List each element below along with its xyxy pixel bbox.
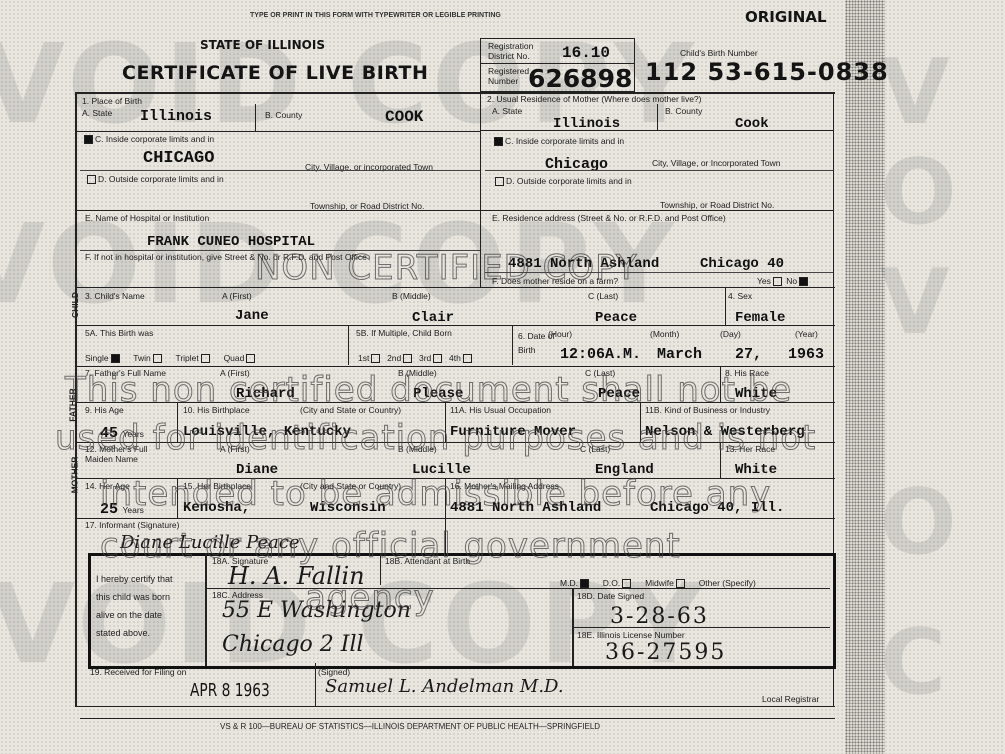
child-middle-value: Clair [412, 310, 454, 326]
birth-type-options: Single Twin Triplet Quad [85, 353, 257, 363]
received-label: 19. Received for Filing on [90, 667, 186, 677]
attendant-options: M.D. D.O. Midwife Other (Specify) [560, 578, 756, 588]
farm-no-checkbox[interactable] [799, 277, 808, 286]
disclaimer-line-1: This non certified document shall not be [65, 370, 792, 410]
child-name-label: 3. Child's Name [85, 291, 145, 301]
side-label-mother: MOTHER [69, 457, 79, 494]
license-label: 18E. Illinois License Number [577, 630, 685, 640]
child-sex-label: 4. Sex [728, 291, 752, 301]
mr-address-city: Chicago 40 [700, 256, 784, 272]
pob-state-value: Illinois [140, 108, 212, 125]
outside-limits-checkbox[interactable] [87, 175, 96, 184]
disclaimer-line-4: court or any official government [100, 526, 681, 566]
child-last-label: C (Last) [588, 291, 618, 301]
farm-yes-checkbox[interactable] [773, 277, 782, 286]
quad-checkbox[interactable] [246, 354, 255, 363]
registrar-signature: Samuel L. Andelman M.D. [325, 676, 564, 697]
hospital-label: E. Name of Hospital or Institution [85, 213, 209, 223]
mr-address-label: E. Residence address (Street & No. or R.… [492, 213, 726, 223]
md-checkbox[interactable] [580, 579, 589, 588]
physician-address-line2: Chicago 2 Ill [222, 632, 364, 657]
day-value: 27, [735, 346, 762, 363]
mr-farm-options: Yes No [757, 276, 810, 286]
day-label: (Day) [720, 329, 741, 339]
registration-district-value: 16.10 [562, 44, 610, 62]
twin-checkbox[interactable] [153, 354, 162, 363]
triplet-checkbox[interactable] [201, 354, 210, 363]
single-checkbox[interactable] [111, 354, 120, 363]
mr-inside-limits: C. Inside corporate limits and in [492, 136, 624, 146]
midwife-checkbox[interactable] [676, 579, 685, 588]
mr-state-label: A. State [492, 106, 522, 116]
received-date: APR 8 1963 [190, 680, 270, 701]
place-of-birth-label: 1. Place of Birth [82, 96, 142, 106]
birth-number-label: Child's Birth Number [680, 48, 758, 58]
side-label-child: CHILD [70, 292, 80, 318]
mr-inside-limits-checkbox[interactable] [494, 137, 503, 146]
child-last-value: Peace [595, 310, 637, 326]
date-signed-label: 18D. Date Signed [577, 591, 644, 601]
license-value: 36-27595 [605, 640, 726, 665]
registered-number-value: 626898 [528, 64, 632, 93]
birth-order-options: 1st 2nd 3rd 4th [358, 353, 474, 363]
month-label: (Month) [650, 329, 679, 339]
disclaimer-line-5: agency [305, 578, 435, 618]
order-2nd-checkbox[interactable] [403, 354, 412, 363]
disclaimer-line-3: intended to be admissible before any [100, 474, 771, 514]
birth-was-label: 5A. This Birth was [85, 328, 153, 338]
mr-outside-limits: D. Outside corporate limits and in [493, 176, 632, 186]
pob-county-value: COOK [385, 108, 423, 126]
mr-outside-limits-checkbox[interactable] [495, 177, 504, 186]
mr-county-label: B. County [665, 106, 702, 116]
original-stamp: ORIGINAL [745, 8, 827, 26]
state-heading: STATE OF ILLINOIS [200, 38, 325, 52]
certification-statement: I hereby certify that this child was bor… [96, 570, 173, 642]
pob-county-label: B. County [265, 110, 302, 120]
top-notice: TYPE OR PRINT IN THIS FORM WITH TYPEWRIT… [250, 12, 501, 19]
mother-residence-label: 2. Usual Residence of Mother (Where does… [487, 94, 701, 104]
hour-label: (Hour) [548, 329, 572, 339]
form-footer: VS & R 100—BUREAU OF STATISTICS—ILLINOIS… [220, 722, 600, 731]
order-1st-checkbox[interactable] [371, 354, 380, 363]
pob-city-value: CHICAGO [143, 149, 214, 168]
child-middle-label: B (Middle) [392, 291, 431, 301]
year-label: (Year) [795, 329, 818, 339]
registration-district-label: Registration District No. [488, 41, 548, 61]
pob-outside-limits: D. Outside corporate limits and in [85, 174, 224, 184]
year-value: 1963 [788, 346, 824, 363]
birth-number-value: 112 53-615-0838 [645, 58, 889, 86]
month-value: March [657, 346, 702, 363]
document-title: CERTIFICATE OF LIVE BIRTH [122, 62, 428, 84]
registrar-title: Local Registrar [762, 694, 819, 704]
do-checkbox[interactable] [622, 579, 631, 588]
mr-city-caption: City, Village, or Incorporated Town [652, 158, 781, 168]
pob-inside-limits: C. Inside corporate limits and in [82, 134, 214, 144]
order-3rd-checkbox[interactable] [433, 354, 442, 363]
non-certified-stamp: NON CERTIFIED COPY [255, 248, 638, 288]
child-sex-value: Female [735, 310, 785, 326]
pob-state-label: A. State [82, 108, 112, 118]
multiple-label: 5B. If Multiple, Child Born [356, 328, 452, 338]
date-signed-value: 3-28-63 [610, 604, 709, 629]
order-4th-checkbox[interactable] [463, 354, 472, 363]
inside-limits-checkbox[interactable] [84, 135, 93, 144]
hour-value: 12:06A.M. [560, 346, 641, 363]
scan-noise-edge [845, 0, 885, 754]
mr-township-caption: Township, or Road District No. [660, 200, 774, 210]
disclaimer-line-2: used for identification purposes and is … [55, 418, 816, 458]
child-first-label: A (First) [222, 291, 252, 301]
child-first-value: Jane [235, 308, 269, 324]
